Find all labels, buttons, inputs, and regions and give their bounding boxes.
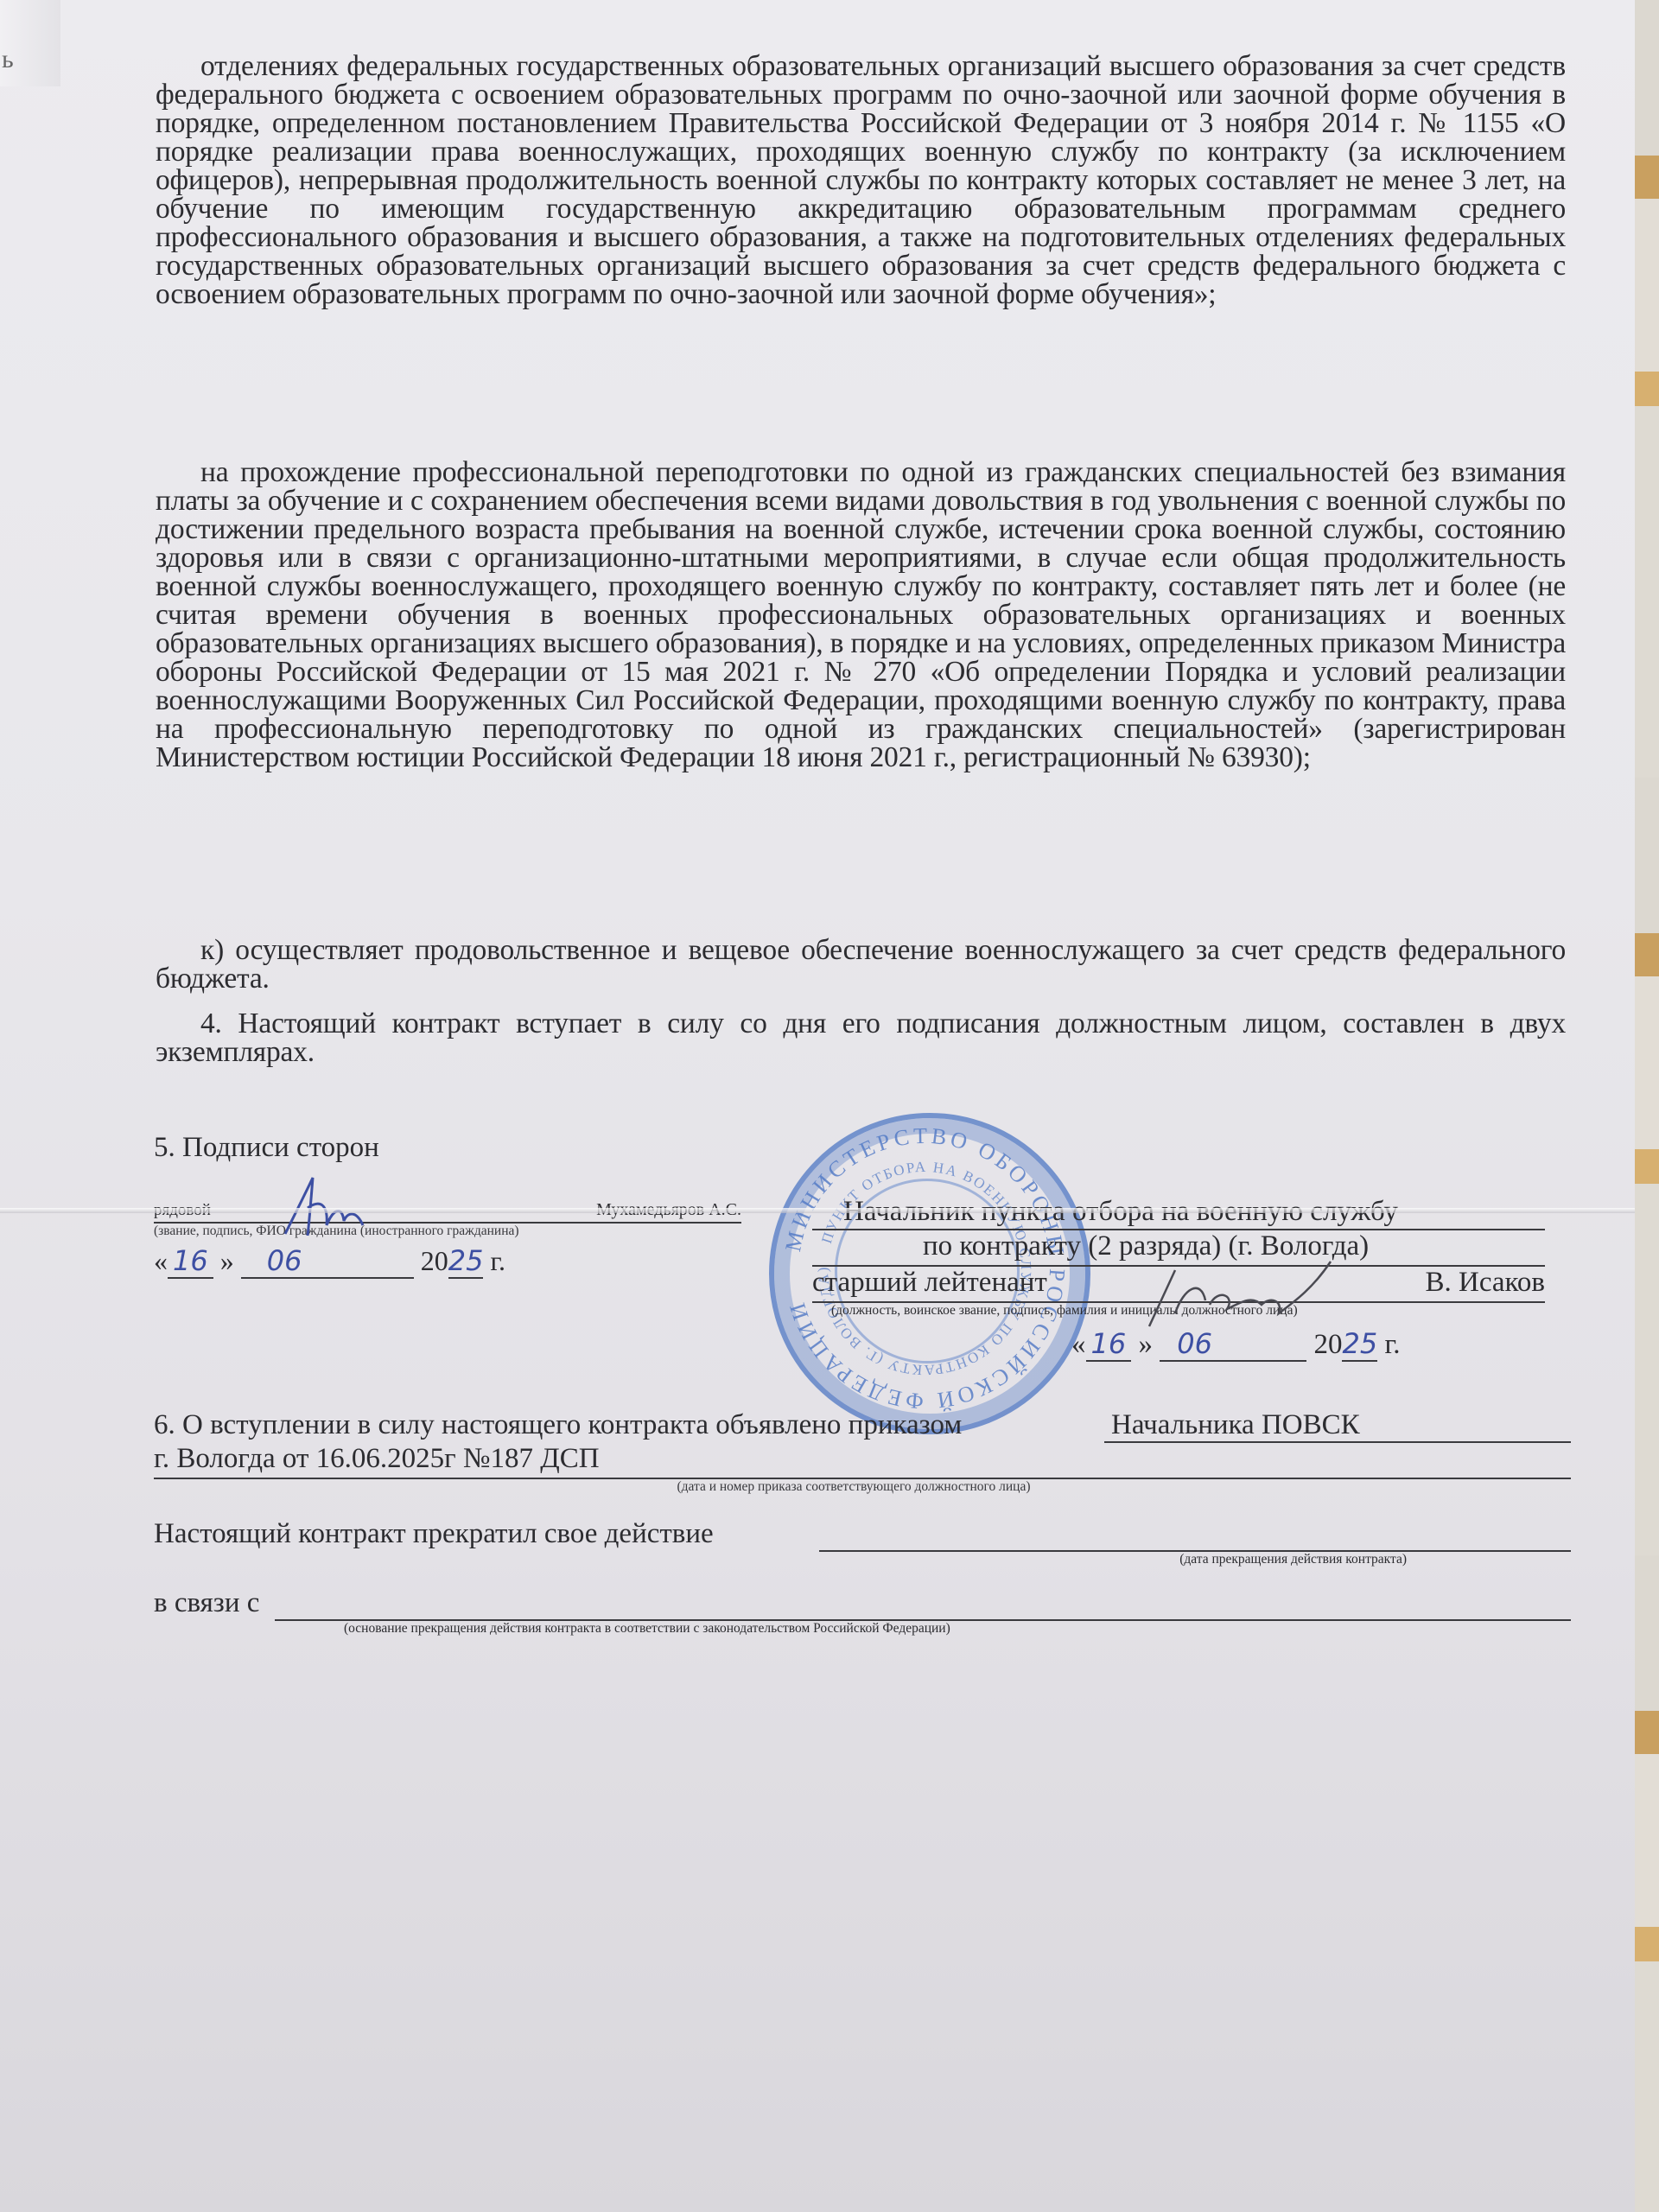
citizen-hint: (звание, подпись, ФИО гражданина (иностр… bbox=[154, 1224, 741, 1239]
paragraph-text: к) осуществляет продовольственное и веще… bbox=[156, 936, 1566, 993]
reason-text: в связи с bbox=[154, 1587, 259, 1619]
quote-open: « bbox=[154, 1245, 168, 1276]
citizen-date-day: 16 bbox=[168, 1244, 213, 1279]
section6-hint: (дата и номер приказа соответствующего д… bbox=[137, 1479, 1571, 1495]
section6-order-line1: 6. О вступлении в силу настоящего контра… bbox=[154, 1408, 1571, 1443]
official-signature-icon bbox=[1123, 1253, 1382, 1331]
termination-date-line: Настоящий контракт прекратил свое действ… bbox=[154, 1516, 1571, 1552]
paragraph-text: 4. Настоящий контракт вступает в силу со… bbox=[156, 1009, 1566, 1066]
citizen-date-year: 25 bbox=[448, 1244, 484, 1279]
quote-open: « bbox=[1071, 1329, 1086, 1360]
termination-hint: (дата прекращения действия контракта) bbox=[154, 1552, 1571, 1567]
section6-order-value2: г. Вологда от 16.06.2025г №187 ДСП bbox=[154, 1443, 1571, 1479]
background-fabric bbox=[1633, 0, 1659, 2212]
paper-fold-crease bbox=[0, 1208, 1635, 1213]
section6-text: 6. О вступлении в силу настоящего контра… bbox=[154, 1409, 962, 1441]
official-date-day: 16 bbox=[1086, 1327, 1132, 1362]
quote-close: » bbox=[1138, 1329, 1153, 1360]
paragraph-text: на прохождение профессиональной переподг… bbox=[156, 458, 1566, 772]
termination-text: Настоящий контракт прекратил свое действ… bbox=[154, 1518, 714, 1550]
quote-close: » bbox=[220, 1245, 234, 1276]
paragraph-k-provision: к) осуществляет продовольственное и веще… bbox=[156, 936, 1566, 993]
section-5-heading: 5. Подписи сторон bbox=[154, 1132, 379, 1164]
year-suffix: г. bbox=[1384, 1329, 1400, 1360]
section6-order-value1: Начальника ПОВСК bbox=[1111, 1409, 1360, 1441]
official-date-month: 06 bbox=[1160, 1327, 1306, 1362]
year-prefix: 20 bbox=[1313, 1329, 1342, 1360]
paragraph-retraining: на прохождение профессиональной переподг… bbox=[156, 458, 1566, 772]
fill-line bbox=[819, 1550, 1571, 1552]
paragraph-4-effect: 4. Настоящий контракт вступает в силу со… bbox=[156, 1009, 1566, 1066]
termination-reason-line: в связи с bbox=[154, 1585, 1571, 1621]
citizen-date-month: 06 bbox=[241, 1244, 414, 1279]
document-page: ь отделениях федеральных государственных… bbox=[0, 0, 1635, 2212]
fill-line bbox=[1104, 1441, 1571, 1443]
fill-line bbox=[275, 1619, 1571, 1621]
paragraph-text: отделениях федеральных государственных о… bbox=[156, 52, 1566, 308]
underlying-page-flap: ь bbox=[0, 0, 60, 86]
citizen-date: «16 » 06 2025 г. bbox=[154, 1244, 741, 1279]
official-position-line1: Начальник пункта отбора на военную служб… bbox=[812, 1196, 1545, 1230]
year-suffix: г. bbox=[490, 1245, 505, 1276]
year-prefix: 20 bbox=[421, 1245, 448, 1276]
official-date-year: 25 bbox=[1342, 1327, 1377, 1362]
official-rank: старший лейтенант bbox=[812, 1267, 1047, 1298]
official-date: «16 » 06 2025 г. bbox=[812, 1327, 1545, 1362]
official-name: В. Исаков bbox=[1426, 1267, 1545, 1299]
paragraph-education-rights: отделениях федеральных государственных о… bbox=[156, 52, 1566, 308]
flap-text: ь bbox=[2, 45, 14, 74]
section-6: 6. О вступлении в силу настоящего контра… bbox=[154, 1408, 1571, 1637]
reason-hint: (основание прекращения действия контракт… bbox=[154, 1621, 1571, 1637]
